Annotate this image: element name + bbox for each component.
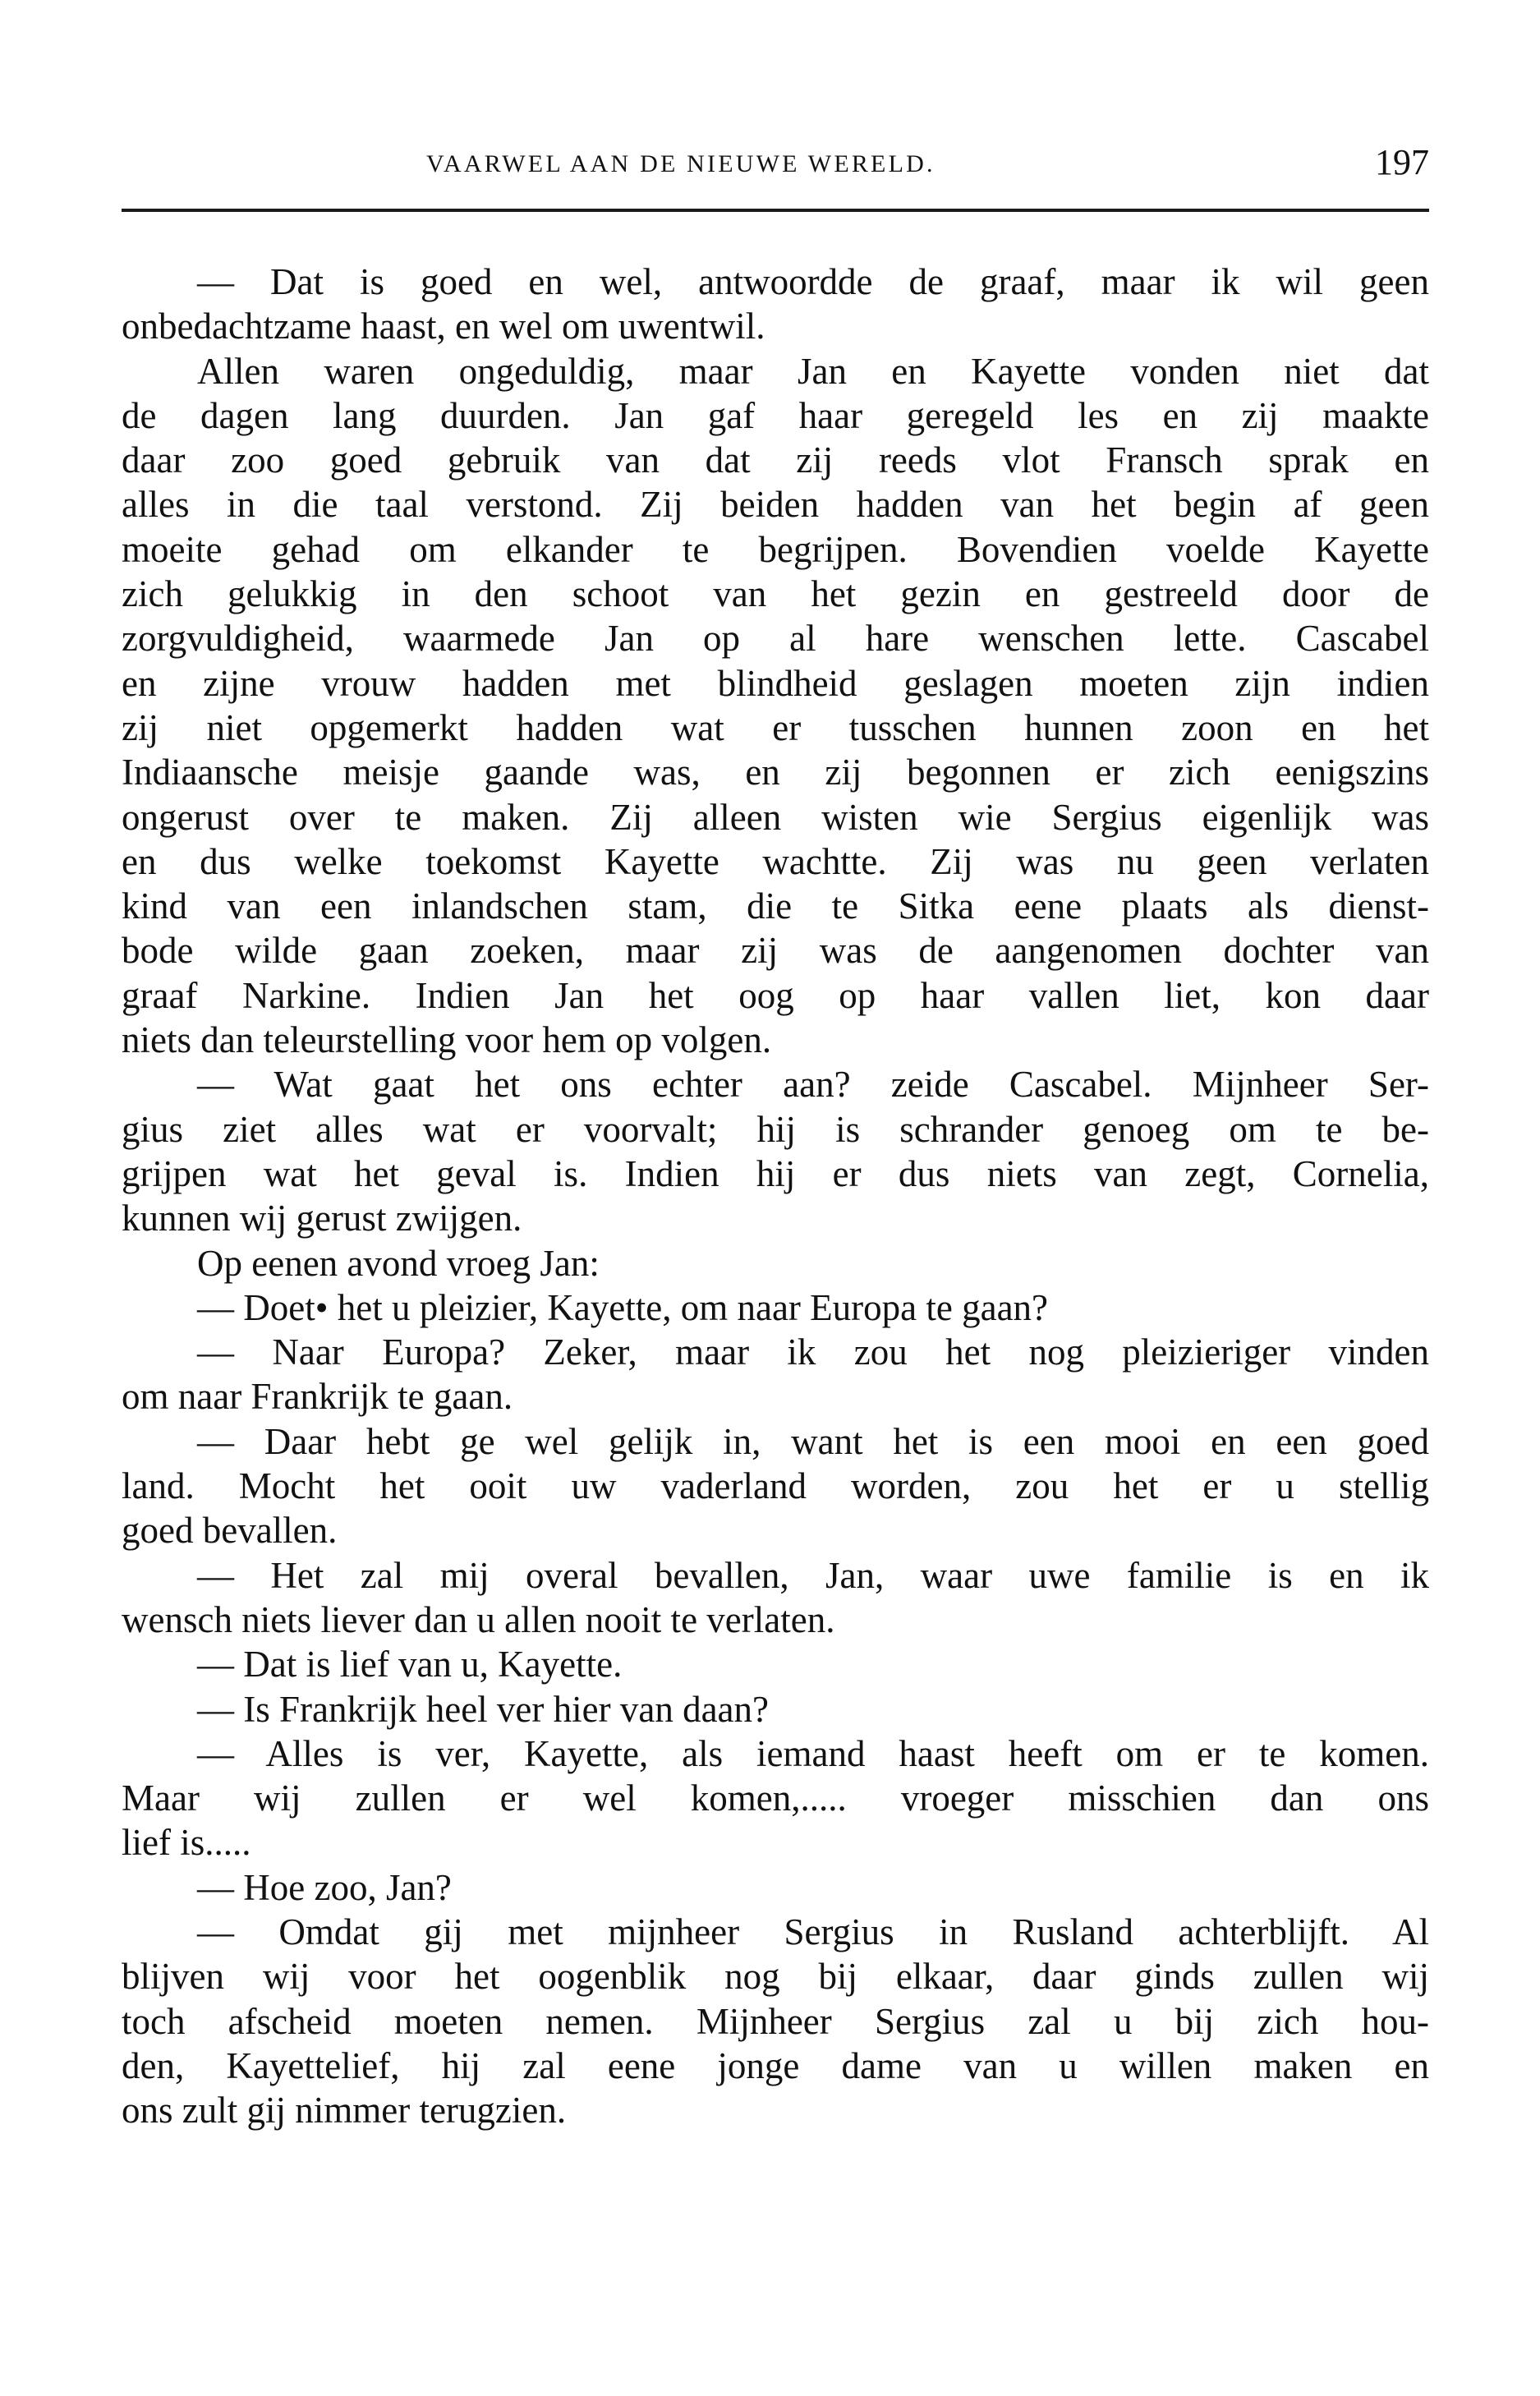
text-line: — Dat is lief van u, Kayette. bbox=[122, 1642, 1429, 1686]
text-line: — Hoe zoo, Jan? bbox=[122, 1865, 1429, 1910]
text-line: niets dan teleurstelling voor hem op vol… bbox=[122, 1018, 1429, 1062]
text-line: om naar Frankrijk te gaan. bbox=[122, 1374, 1429, 1419]
text-line: en zijne vrouw hadden met blindheid gesl… bbox=[122, 661, 1429, 706]
book-page: VAARWEL AAN DE NIEUWE WERELD. 197 — Dat … bbox=[0, 0, 1540, 2396]
text-line: Maar wij zullen er wel komen,..... vroeg… bbox=[122, 1776, 1429, 1820]
text-line: de dagen lang duurden. Jan gaf haar gere… bbox=[122, 393, 1429, 438]
text-line: — Doet• het u pleizier, Kayette, om naar… bbox=[122, 1285, 1429, 1330]
text-line: Op eenen avond vroeg Jan: bbox=[122, 1241, 1429, 1285]
text-line: — Omdat gij met mijnheer Sergius in Rusl… bbox=[122, 1910, 1429, 1954]
text-line: — Naar Europa? Zeker, maar ik zou het no… bbox=[122, 1330, 1429, 1374]
text-line: gius ziet alles wat er voorvalt; hij is … bbox=[122, 1107, 1429, 1152]
body-text: — Dat is goed en wel, antwoordde de graa… bbox=[122, 260, 1429, 2132]
text-line: kunnen wij gerust zwijgen. bbox=[122, 1196, 1429, 1240]
text-line: alles in die taal verstond. Zij beiden h… bbox=[122, 482, 1429, 527]
text-line: daar zoo goed gebruik van dat zij reeds … bbox=[122, 438, 1429, 482]
text-line: onbedachtzame haast, en wel om uwentwil. bbox=[122, 304, 1429, 348]
text-line: — Wat gaat het ons echter aan? zeide Cas… bbox=[122, 1062, 1429, 1106]
text-line: wensch niets liever dan u allen nooit te… bbox=[122, 1598, 1429, 1642]
text-line: — Daar hebt ge wel gelijk in, want het i… bbox=[122, 1419, 1429, 1464]
text-line: bode wilde gaan zoeken, maar zij was de … bbox=[122, 928, 1429, 973]
text-line: ons zult gij nimmer terugzien. bbox=[122, 2088, 1429, 2132]
page-number: 197 bbox=[1375, 143, 1429, 182]
text-line: zij niet opgemerkt hadden wat er tussche… bbox=[122, 706, 1429, 750]
text-line: zich gelukkig in den schoot van het gezi… bbox=[122, 572, 1429, 616]
text-line: den, Kayettelief, hij zal eene jonge dam… bbox=[122, 2044, 1429, 2088]
text-line: graaf Narkine. Indien Jan het oog op haa… bbox=[122, 973, 1429, 1018]
text-line: Indiaansche meisje gaande was, en zij be… bbox=[122, 750, 1429, 794]
text-line: toch afscheid moeten nemen. Mijnheer Ser… bbox=[122, 1999, 1429, 2044]
text-line: Allen waren ongeduldig, maar Jan en Kaye… bbox=[122, 349, 1429, 393]
text-line: — Het zal mij overal bevallen, Jan, waar… bbox=[122, 1553, 1429, 1598]
text-line: en dus welke toekomst Kayette wachtte. Z… bbox=[122, 839, 1429, 884]
running-head: VAARWEL AAN DE NIEUWE WERELD. 197 bbox=[122, 148, 1429, 181]
text-line: — Alles is ver, Kayette, als iemand haas… bbox=[122, 1731, 1429, 1776]
text-line: lief is..... bbox=[122, 1820, 1429, 1865]
text-line: goed bevallen. bbox=[122, 1508, 1429, 1552]
text-line: kind van een inlandschen stam, die te Si… bbox=[122, 884, 1429, 928]
text-line: blijven wij voor het oogenblik nog bij e… bbox=[122, 1954, 1429, 1998]
text-line: land. Mocht het ooit uw vaderland worden… bbox=[122, 1464, 1429, 1508]
text-line: moeite gehad om elkander te begrijpen. B… bbox=[122, 527, 1429, 572]
text-line: grijpen wat het geval is. Indien hij er … bbox=[122, 1152, 1429, 1196]
text-line: — Is Frankrijk heel ver hier van daan? bbox=[122, 1687, 1429, 1731]
running-title: VAARWEL AAN DE NIEUWE WERELD. bbox=[426, 148, 935, 181]
text-line: — Dat is goed en wel, antwoordde de graa… bbox=[122, 260, 1429, 304]
header-rule bbox=[122, 209, 1429, 212]
text-line: ongerust over te maken. Zij alleen wiste… bbox=[122, 795, 1429, 839]
text-line: zorgvuldigheid, waarmede Jan op al hare … bbox=[122, 616, 1429, 660]
